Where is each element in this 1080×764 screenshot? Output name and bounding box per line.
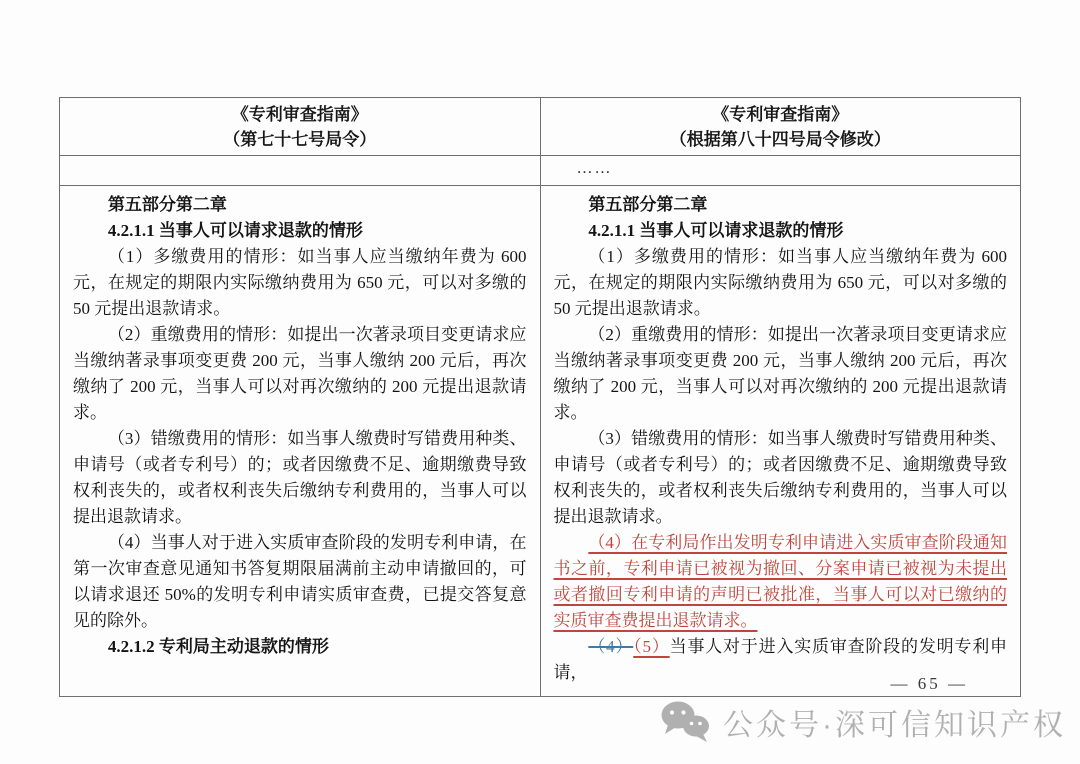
paragraph: （2）重缴费用的情形：如提出一次著录项目变更请求应当缴纳著录事项变更费 200 … — [73, 322, 527, 426]
old-version-subtitle: （第七十七号局令） — [60, 127, 540, 152]
watermark: 公众号·深可信知识产权 — [659, 700, 1066, 744]
paragraph: （2）重缴费用的情形：如提出一次著录项目变更请求应当缴纳著录事项变更费 200 … — [554, 322, 1008, 426]
comparison-table: 《专利审查指南》 （第七十七号局令） 《专利审查指南》 （根据第八十四号局令修改… — [59, 97, 1021, 697]
text-run: 4.2.1.1 当事人可以请求退款的情形 — [108, 221, 363, 240]
text-run: 第五部分第二章 — [108, 195, 227, 214]
new-version-header-cell: 《专利审查指南》 （根据第八十四号局令修改） — [540, 98, 1021, 156]
old-version-content-cell: 第五部分第二章4.2.1.1 当事人可以请求退款的情形（1）多缴费用的情形：如当… — [60, 186, 541, 697]
text-run: （2）重缴费用的情形：如提出一次著录项目变更请求应当缴纳著录事项变更费 200 … — [554, 325, 1008, 422]
text-run: （1）多缴费用的情形：如当事人应当缴纳年费为 600 元，在规定的期限内实际缴纳… — [554, 247, 1008, 318]
new-version-content-cell: 第五部分第二章4.2.1.1 当事人可以请求退款的情形（1）多缴费用的情形：如当… — [540, 186, 1021, 697]
new-version-subtitle: （根据第八十四号局令修改） — [541, 127, 1021, 152]
paragraph: 4.2.1.1 当事人可以请求退款的情形 — [73, 218, 527, 244]
table-content-row: 第五部分第二章4.2.1.1 当事人可以请求退款的情形（1）多缴费用的情形：如当… — [60, 186, 1021, 697]
paragraph: （1）多缴费用的情形：如当事人应当缴纳年费为 600 元，在规定的期限内实际缴纳… — [554, 244, 1008, 322]
deleted-text: （4） — [588, 637, 633, 656]
paragraph: 4.2.1.1 当事人可以请求退款的情形 — [554, 218, 1008, 244]
inserted-text: （5） — [633, 637, 669, 656]
paragraph: 第五部分第二章 — [73, 192, 527, 218]
new-version-title: 《专利审查指南》 — [541, 102, 1021, 127]
ellipsis-row: …… — [60, 156, 1021, 186]
text-run: （4）当事人对于进入实质审查阶段的发明专利申请，在第一次审查意见通知书答复期限届… — [73, 533, 527, 630]
text-run: （3）错缴费用的情形：如当事人缴费时写错费用种类、申请号（或者专利号）的；或者因… — [73, 429, 527, 526]
old-version-title: 《专利审查指南》 — [60, 102, 540, 127]
text-run: （2）重缴费用的情形：如提出一次著录项目变更请求应当缴纳著录事项变更费 200 … — [73, 325, 527, 422]
text-run: 4.2.1.1 当事人可以请求退款的情形 — [588, 221, 843, 240]
new-version-ellipsis-cell: …… — [540, 156, 1021, 186]
text-run: （3）错缴费用的情形：如当事人缴费时写错费用种类、申请号（或者专利号）的；或者因… — [554, 429, 1008, 526]
paragraph: 第五部分第二章 — [554, 192, 1008, 218]
paragraph: （1）多缴费用的情形：如当事人应当缴纳年费为 600 元，在规定的期限内实际缴纳… — [73, 244, 527, 322]
paragraph: （4）当事人对于进入实质审查阶段的发明专利申请，在第一次审查意见通知书答复期限届… — [73, 530, 527, 634]
text-run: 4.2.1.2 专利局主动退款的情形 — [108, 637, 329, 656]
document-page: 《专利审查指南》 （第七十七号局令） 《专利审查指南》 （根据第八十四号局令修改… — [0, 0, 1080, 764]
wechat-icon — [659, 700, 711, 744]
table-header-row: 《专利审查指南》 （第七十七号局令） 《专利审查指南》 （根据第八十四号局令修改… — [60, 98, 1021, 156]
old-version-header-cell: 《专利审查指南》 （第七十七号局令） — [60, 98, 541, 156]
inserted-text: （4）在专利局作出发明专利申请进入实质审查阶段通知书之前，专利申请已被视为撤回、… — [554, 533, 1008, 630]
paragraph: 4.2.1.2 专利局主动退款的情形 — [73, 634, 527, 660]
text-run: 第五部分第二章 — [588, 195, 707, 214]
text-run: （1）多缴费用的情形：如当事人应当缴纳年费为 600 元，在规定的期限内实际缴纳… — [73, 247, 527, 318]
paragraph: （3）错缴费用的情形：如当事人缴费时写错费用种类、申请号（或者专利号）的；或者因… — [73, 426, 527, 530]
page-number: — 65 — — [891, 674, 969, 694]
paragraph: （4）在专利局作出发明专利申请进入实质审查阶段通知书之前，专利申请已被视为撤回、… — [554, 530, 1008, 634]
old-version-ellipsis-cell — [60, 156, 541, 186]
paragraph: （3）错缴费用的情形：如当事人缴费时写错费用种类、申请号（或者专利号）的；或者因… — [554, 426, 1008, 530]
watermark-text: 公众号·深可信知识产权 — [723, 700, 1066, 744]
